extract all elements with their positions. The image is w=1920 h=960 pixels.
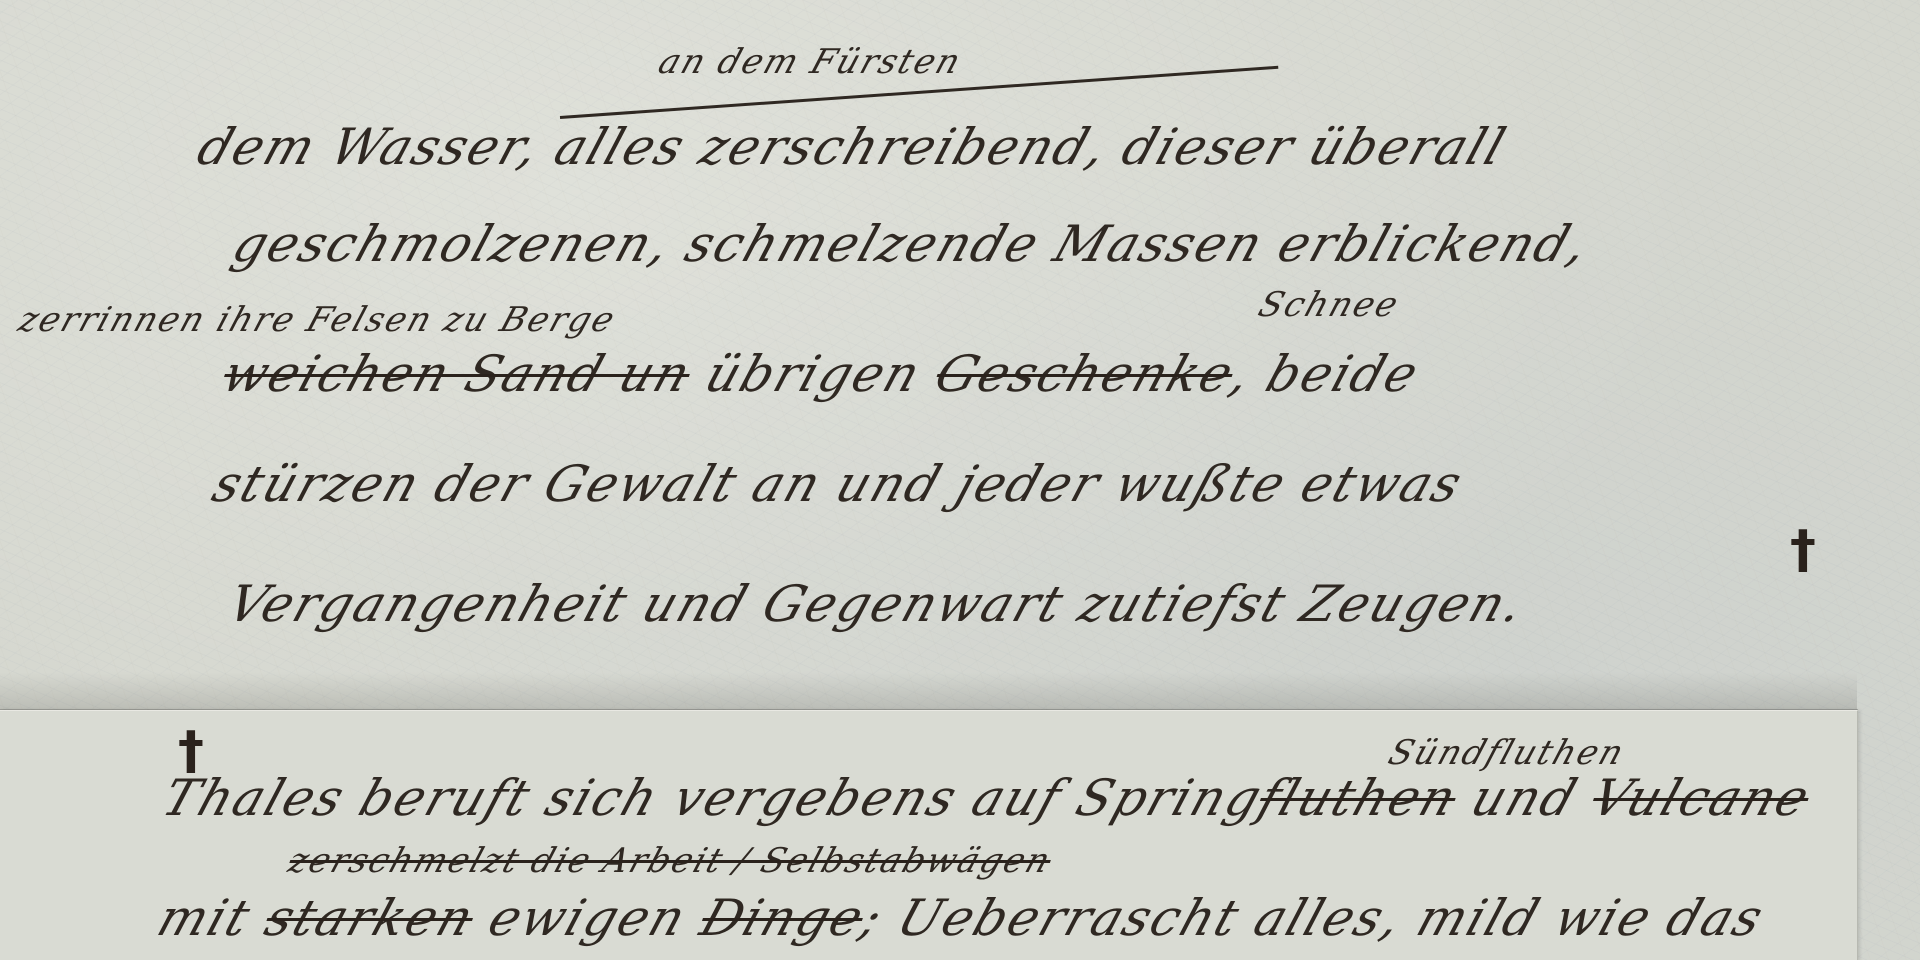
interlinear-insert-line-3: zerrinnen ihre Felsen zu Berge — [14, 300, 622, 340]
struck-text: Vulcane — [1585, 769, 1819, 827]
manuscript-line-3: weichen Sand un übrigen Geschenke, beide — [216, 345, 1427, 403]
line-text: übrigen — [698, 345, 929, 403]
line-text: und — [1464, 769, 1585, 827]
line-text: ewigen — [481, 889, 694, 947]
struck-text: Dinge — [694, 889, 873, 947]
slip-line-2-struck: zerschmelzt die Arbeit / Selbstabwägen — [284, 841, 1058, 881]
struck-text: Geschenke — [928, 345, 1242, 403]
slip-superscript: Sündfluthen — [1384, 733, 1631, 773]
slip-line-3: mit starken ewigen Dinge; Ueberrascht al… — [151, 889, 1772, 947]
slip-line-1: Thales beruft sich vergebens auf Springf… — [156, 769, 1819, 827]
struck-text: fluthen — [1251, 769, 1465, 827]
slip-shadow — [0, 672, 1857, 712]
line-text: ; Ueberrascht alles, mild wie das — [853, 889, 1771, 947]
manuscript-line-5: Vergangenheit und Gegenwart zutiefst Zeu… — [221, 575, 1533, 633]
manuscript-line-2: geschmolzenen, schmelzende Massen erblic… — [226, 215, 1598, 273]
struck-text: weichen Sand un — [216, 345, 700, 403]
line-text: mit — [151, 889, 259, 947]
manuscript-line-4: stürzen der Gewalt an und jeder wußte et… — [206, 455, 1471, 513]
line-text: , beide — [1223, 345, 1427, 403]
pasted-correction-slip: † Sündfluthen Thales beruft sich vergebe… — [0, 710, 1858, 960]
insertion-mark-cross: † — [1790, 520, 1816, 580]
manuscript-line-1: dem Wasser, alles zerschreibend, dieser … — [191, 118, 1515, 176]
interlinear-addition-top: an dem Fürsten — [654, 42, 968, 82]
line-text: Thales beruft sich vergebens auf Spring — [156, 769, 1271, 827]
struck-text: starken — [258, 889, 482, 947]
superscript-line-3: Schnee — [1254, 285, 1405, 325]
manuscript-page: an dem Fürsten dem Wasser, alles zerschr… — [0, 0, 1920, 960]
